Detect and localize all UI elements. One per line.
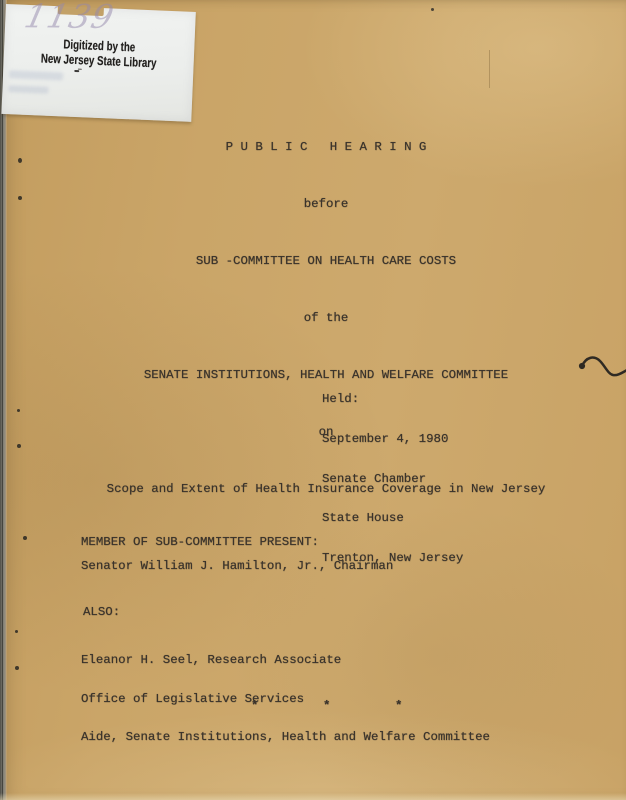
title-line-of-the: of the (20, 309, 626, 328)
binding-mark (15, 630, 18, 633)
also-line-office: Office of Legislative Services (81, 693, 490, 706)
scan-edge-left (0, 0, 7, 800)
stray-mark (74, 70, 79, 72)
title-line-before: before (20, 195, 626, 214)
title-line-public-hearing: P U B L I C H E A R I N G (20, 138, 626, 157)
members-present-heading: MEMBER OF SUB-COMMITTEE PRESENT: (81, 535, 319, 549)
handwritten-number: 1139 (21, 0, 118, 36)
held-building: State House (322, 512, 463, 525)
held-date: September 4, 1980 (322, 433, 463, 446)
member-name: Senator William J. Hamilton, Jr., Chairm… (81, 559, 393, 573)
also-heading: ALSO: (83, 605, 120, 619)
scanned-document-page: 1139 Digitized by the New Jersey State L… (0, 0, 626, 800)
ink-showthrough (9, 70, 63, 80)
title-line-subcommittee: SUB -COMMITTEE ON HEALTH CARE COSTS (20, 252, 626, 271)
footer-star: * (395, 699, 402, 713)
footer-star: * (323, 699, 330, 713)
binding-mark (15, 666, 19, 670)
ink-showthrough (8, 85, 48, 94)
paper-speck (431, 8, 434, 11)
also-block: Eleanor H. Seel, Research Associate Offi… (81, 629, 490, 769)
footer-star: * (251, 699, 258, 713)
page-bottom-edge (0, 793, 626, 800)
held-block: Held: September 4, 1980 Senate Chamber S… (322, 367, 463, 591)
also-line-name: Eleanor H. Seel, Research Associate (81, 654, 490, 667)
held-venue: Senate Chamber (322, 473, 463, 486)
held-label: Held: (322, 393, 463, 406)
pen-squiggle (572, 348, 626, 388)
paper-crease (489, 50, 490, 88)
also-line-role: Aide, Senate Institutions, Health and We… (81, 731, 490, 744)
sticker-text: Digitized by the New Jersey State Librar… (26, 36, 171, 71)
